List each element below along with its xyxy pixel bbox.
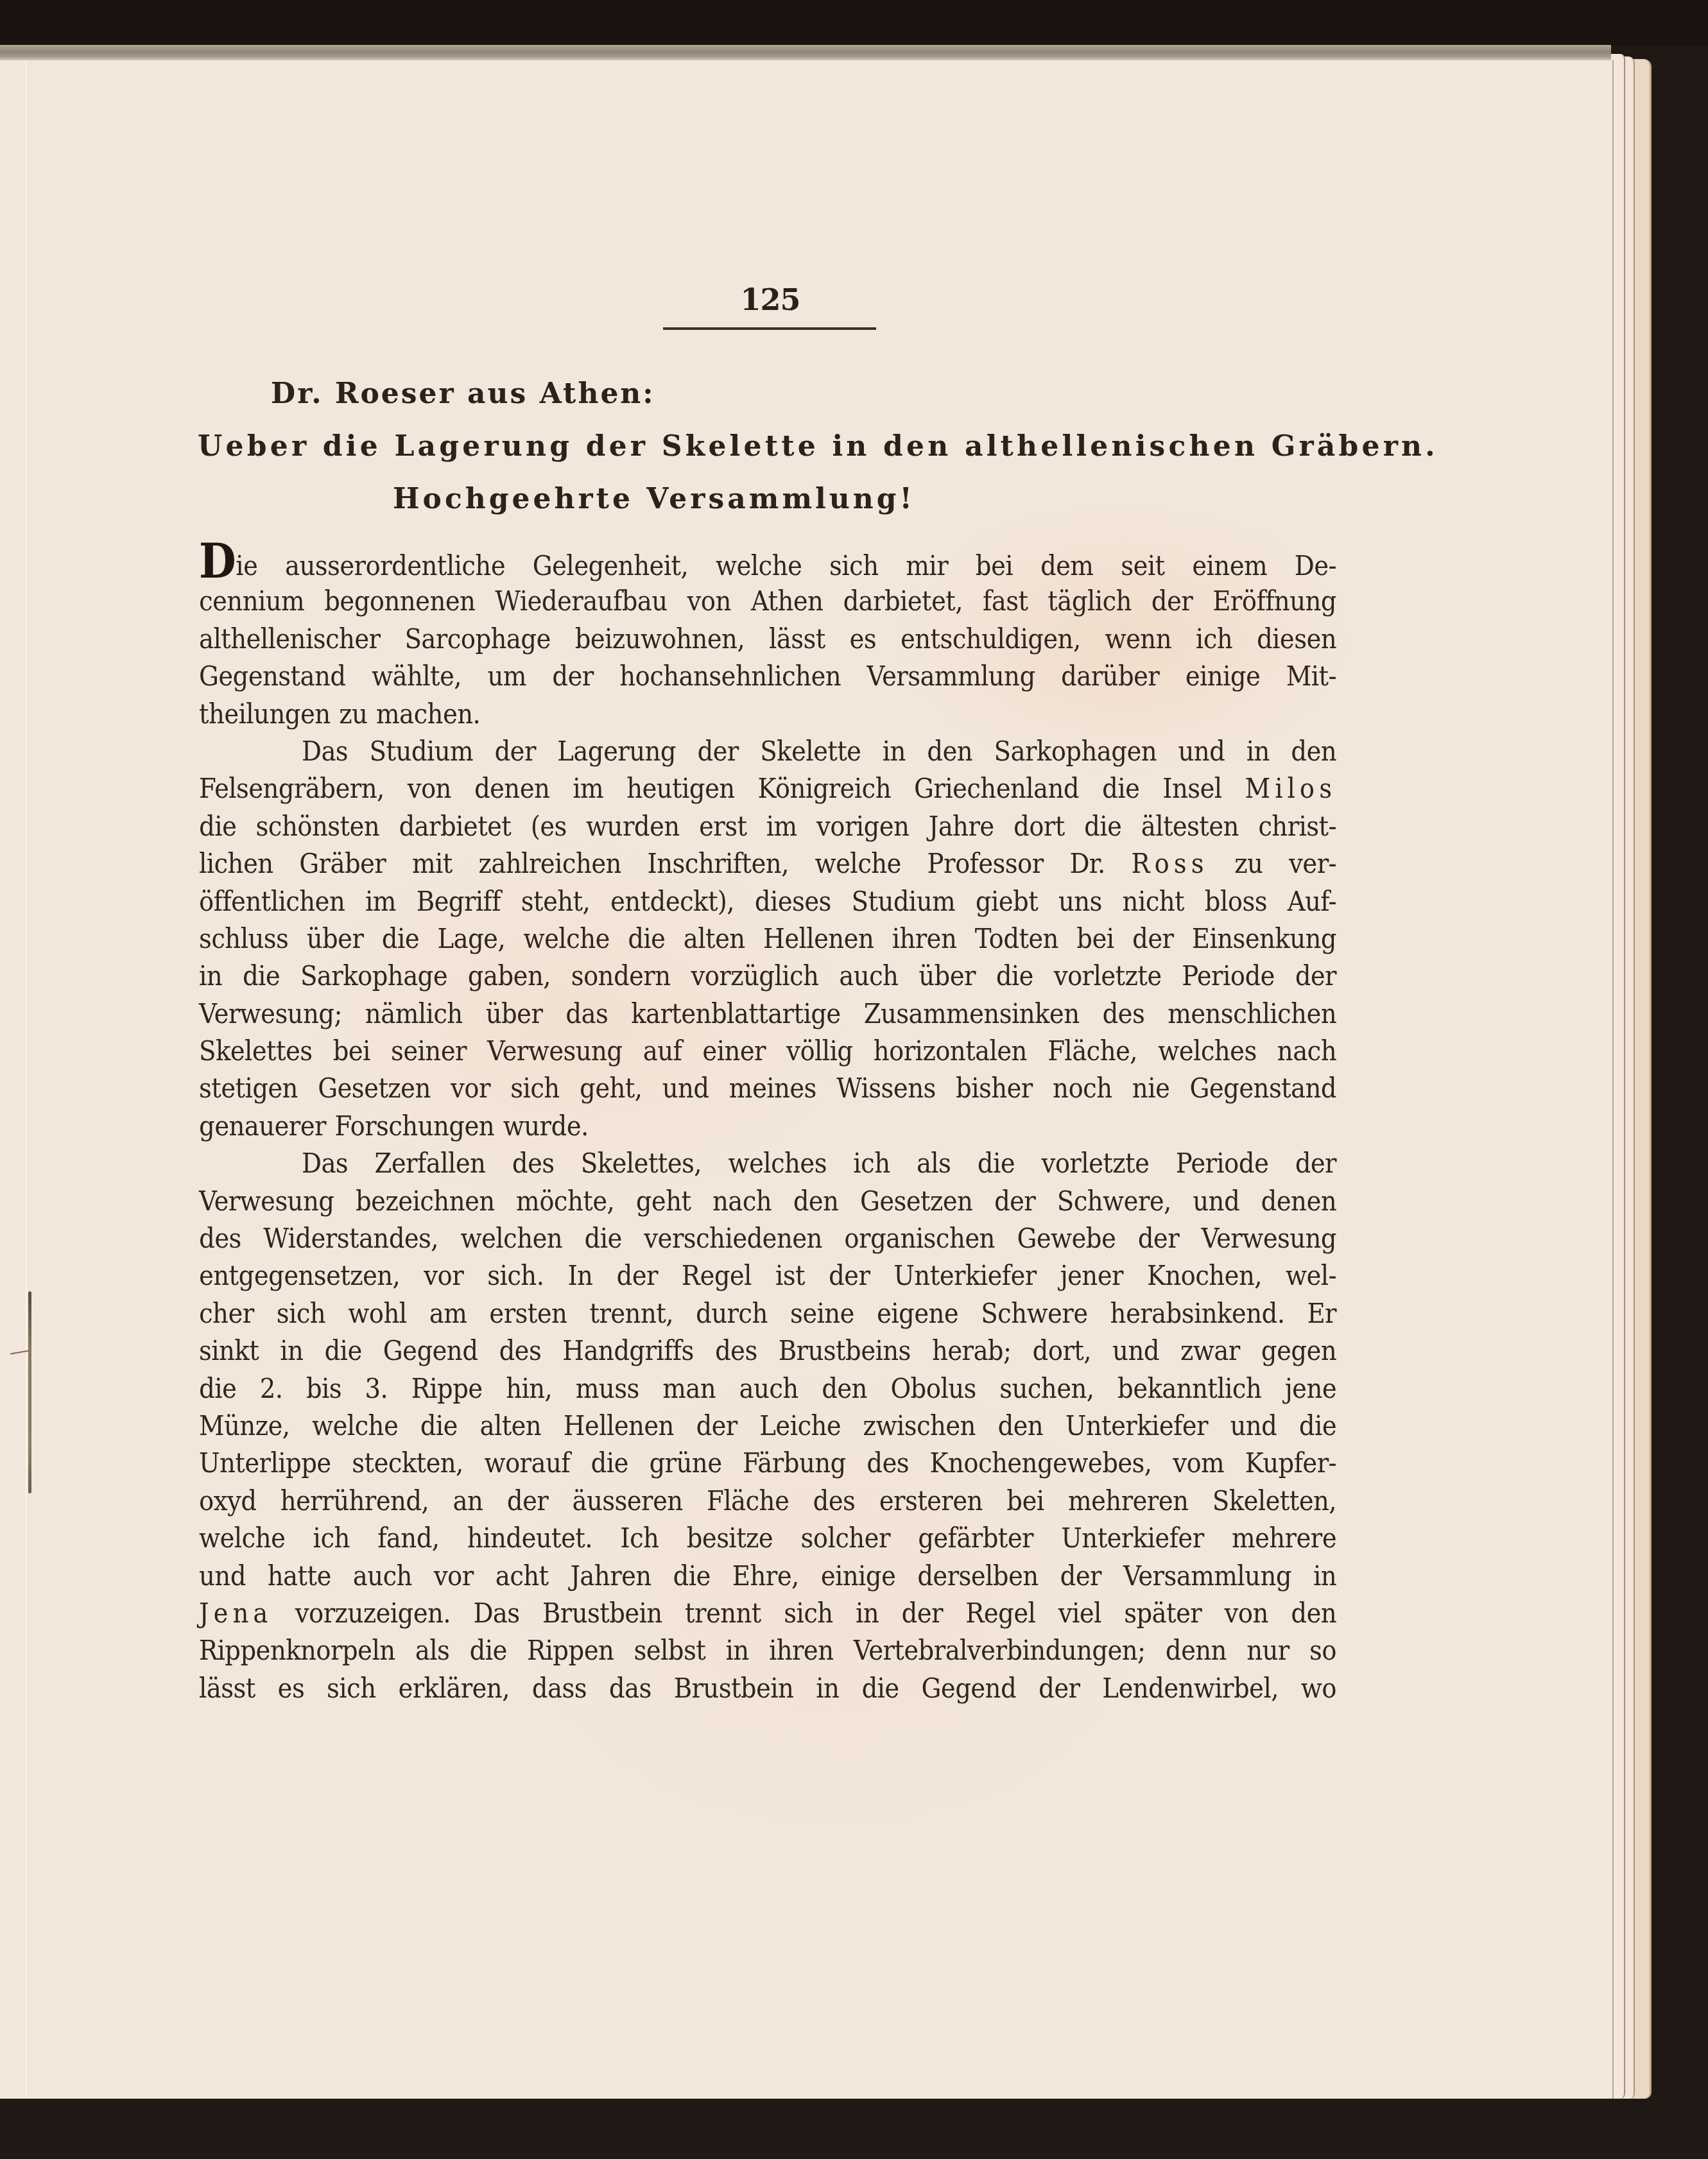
text-line: sinkt in die Gegend des Handgriffs des B…: [199, 1332, 1336, 1370]
text-span: Felsengräbern, von denen im heutigen Kön…: [199, 773, 1245, 805]
text-line: Unterlippe steckten, worauf die grüne Fä…: [199, 1445, 1336, 1482]
text-line: lässt es sich erklären, dass das Brustbe…: [199, 1670, 1336, 1707]
author-heading: Dr. Roeser aus Athen:: [271, 377, 655, 410]
salutation: Hochgeehrte Versammlung!: [393, 483, 915, 515]
body-text: Die ausserordentliche Gelegenheit, welch…: [199, 546, 1336, 1707]
text-line: theilungen zu machen.: [199, 696, 1336, 733]
text-line: cher sich wohl am ersten trennt, durch s…: [199, 1295, 1336, 1332]
text-line: cennium begonnenen Wiederaufbau von Athe…: [199, 583, 1336, 620]
text-span: lichen Gräber mit zahlreichen Inschrifte…: [199, 848, 1131, 880]
text-span: zu ver-: [1209, 848, 1337, 880]
header-rule: [663, 327, 876, 330]
place-name: Milos: [1245, 773, 1336, 805]
text-line: althellenischer Sarcophage beizuwohnen, …: [199, 621, 1336, 658]
text-line: oxyd herrührend, an der äusseren Fläche …: [199, 1483, 1336, 1520]
text-line: lichen Gräber mit zahlreichen Inschrifte…: [199, 845, 1336, 882]
person-name: Ross: [1131, 848, 1208, 880]
scan-background-top: [0, 0, 1708, 46]
text-span: ie ausserordentliche Gelegenheit, welche…: [236, 550, 1336, 582]
text-line: Münze, welche die alten Hellenen der Lei…: [199, 1407, 1336, 1445]
text-line: des Widerstandes, welchen die verschiede…: [199, 1220, 1336, 1257]
text-line: schluss über die Lage, welche die alten …: [199, 920, 1336, 958]
text-line: Felsengräbern, von denen im heutigen Kön…: [199, 770, 1336, 807]
text-line: Das Zerfallen des Skelettes, welches ich…: [199, 1145, 1336, 1182]
text-line: Gegenstand wählte, um der hochansehnlich…: [199, 658, 1336, 695]
text-line: stetigen Gesetzen vor sich geht, und mei…: [199, 1070, 1336, 1107]
text-line: Rippenknorpeln als die Rippen selbst in …: [199, 1632, 1336, 1669]
place-name: Jena: [199, 1597, 272, 1630]
text-span: vorzuzeigen. Das Brustbein trennt sich i…: [272, 1597, 1336, 1630]
text-line: Verwesung bezeichnen möchte, geht nach d…: [199, 1183, 1336, 1220]
text-line: Skelettes bei seiner Verwesung auf einer…: [199, 1033, 1336, 1070]
text-line: und hatte auch vor acht Jahren die Ehre,…: [199, 1558, 1336, 1595]
page-top-edge: [0, 45, 1611, 62]
text-line: Das Studium der Lagerung der Skelette in…: [199, 733, 1336, 770]
text-line: Verwesung; nämlich über das kartenblatta…: [199, 995, 1336, 1033]
drop-cap: D: [199, 534, 236, 589]
text-line: Die ausserordentliche Gelegenheit, welch…: [199, 546, 1336, 583]
text-line: welche ich fand, hindeutet. Ich besitze …: [199, 1520, 1336, 1557]
text-line: Jena vorzuzeigen. Das Brustbein trennt s…: [199, 1595, 1336, 1632]
text-line: öffentlichen im Begriff steht, entdeckt)…: [199, 883, 1336, 920]
text-line: genauerer Forschungen wurde.: [199, 1108, 1336, 1145]
text-line: entgegensetzen, vor sich. In der Regel i…: [199, 1257, 1336, 1295]
page-number: 125: [738, 282, 802, 317]
binding-thread: [28, 1291, 31, 1493]
text-line: in die Sarkophage gaben, sondern vorzügl…: [199, 958, 1336, 995]
gutter-fold: [26, 60, 27, 2099]
text-line: die 2. bis 3. Rippe hin, muss man auch d…: [199, 1370, 1336, 1407]
text-line: die schönsten darbietet (es wurden erst …: [199, 808, 1336, 845]
article-title: Ueber die Lagerung der Skelette in den a…: [198, 430, 1438, 463]
